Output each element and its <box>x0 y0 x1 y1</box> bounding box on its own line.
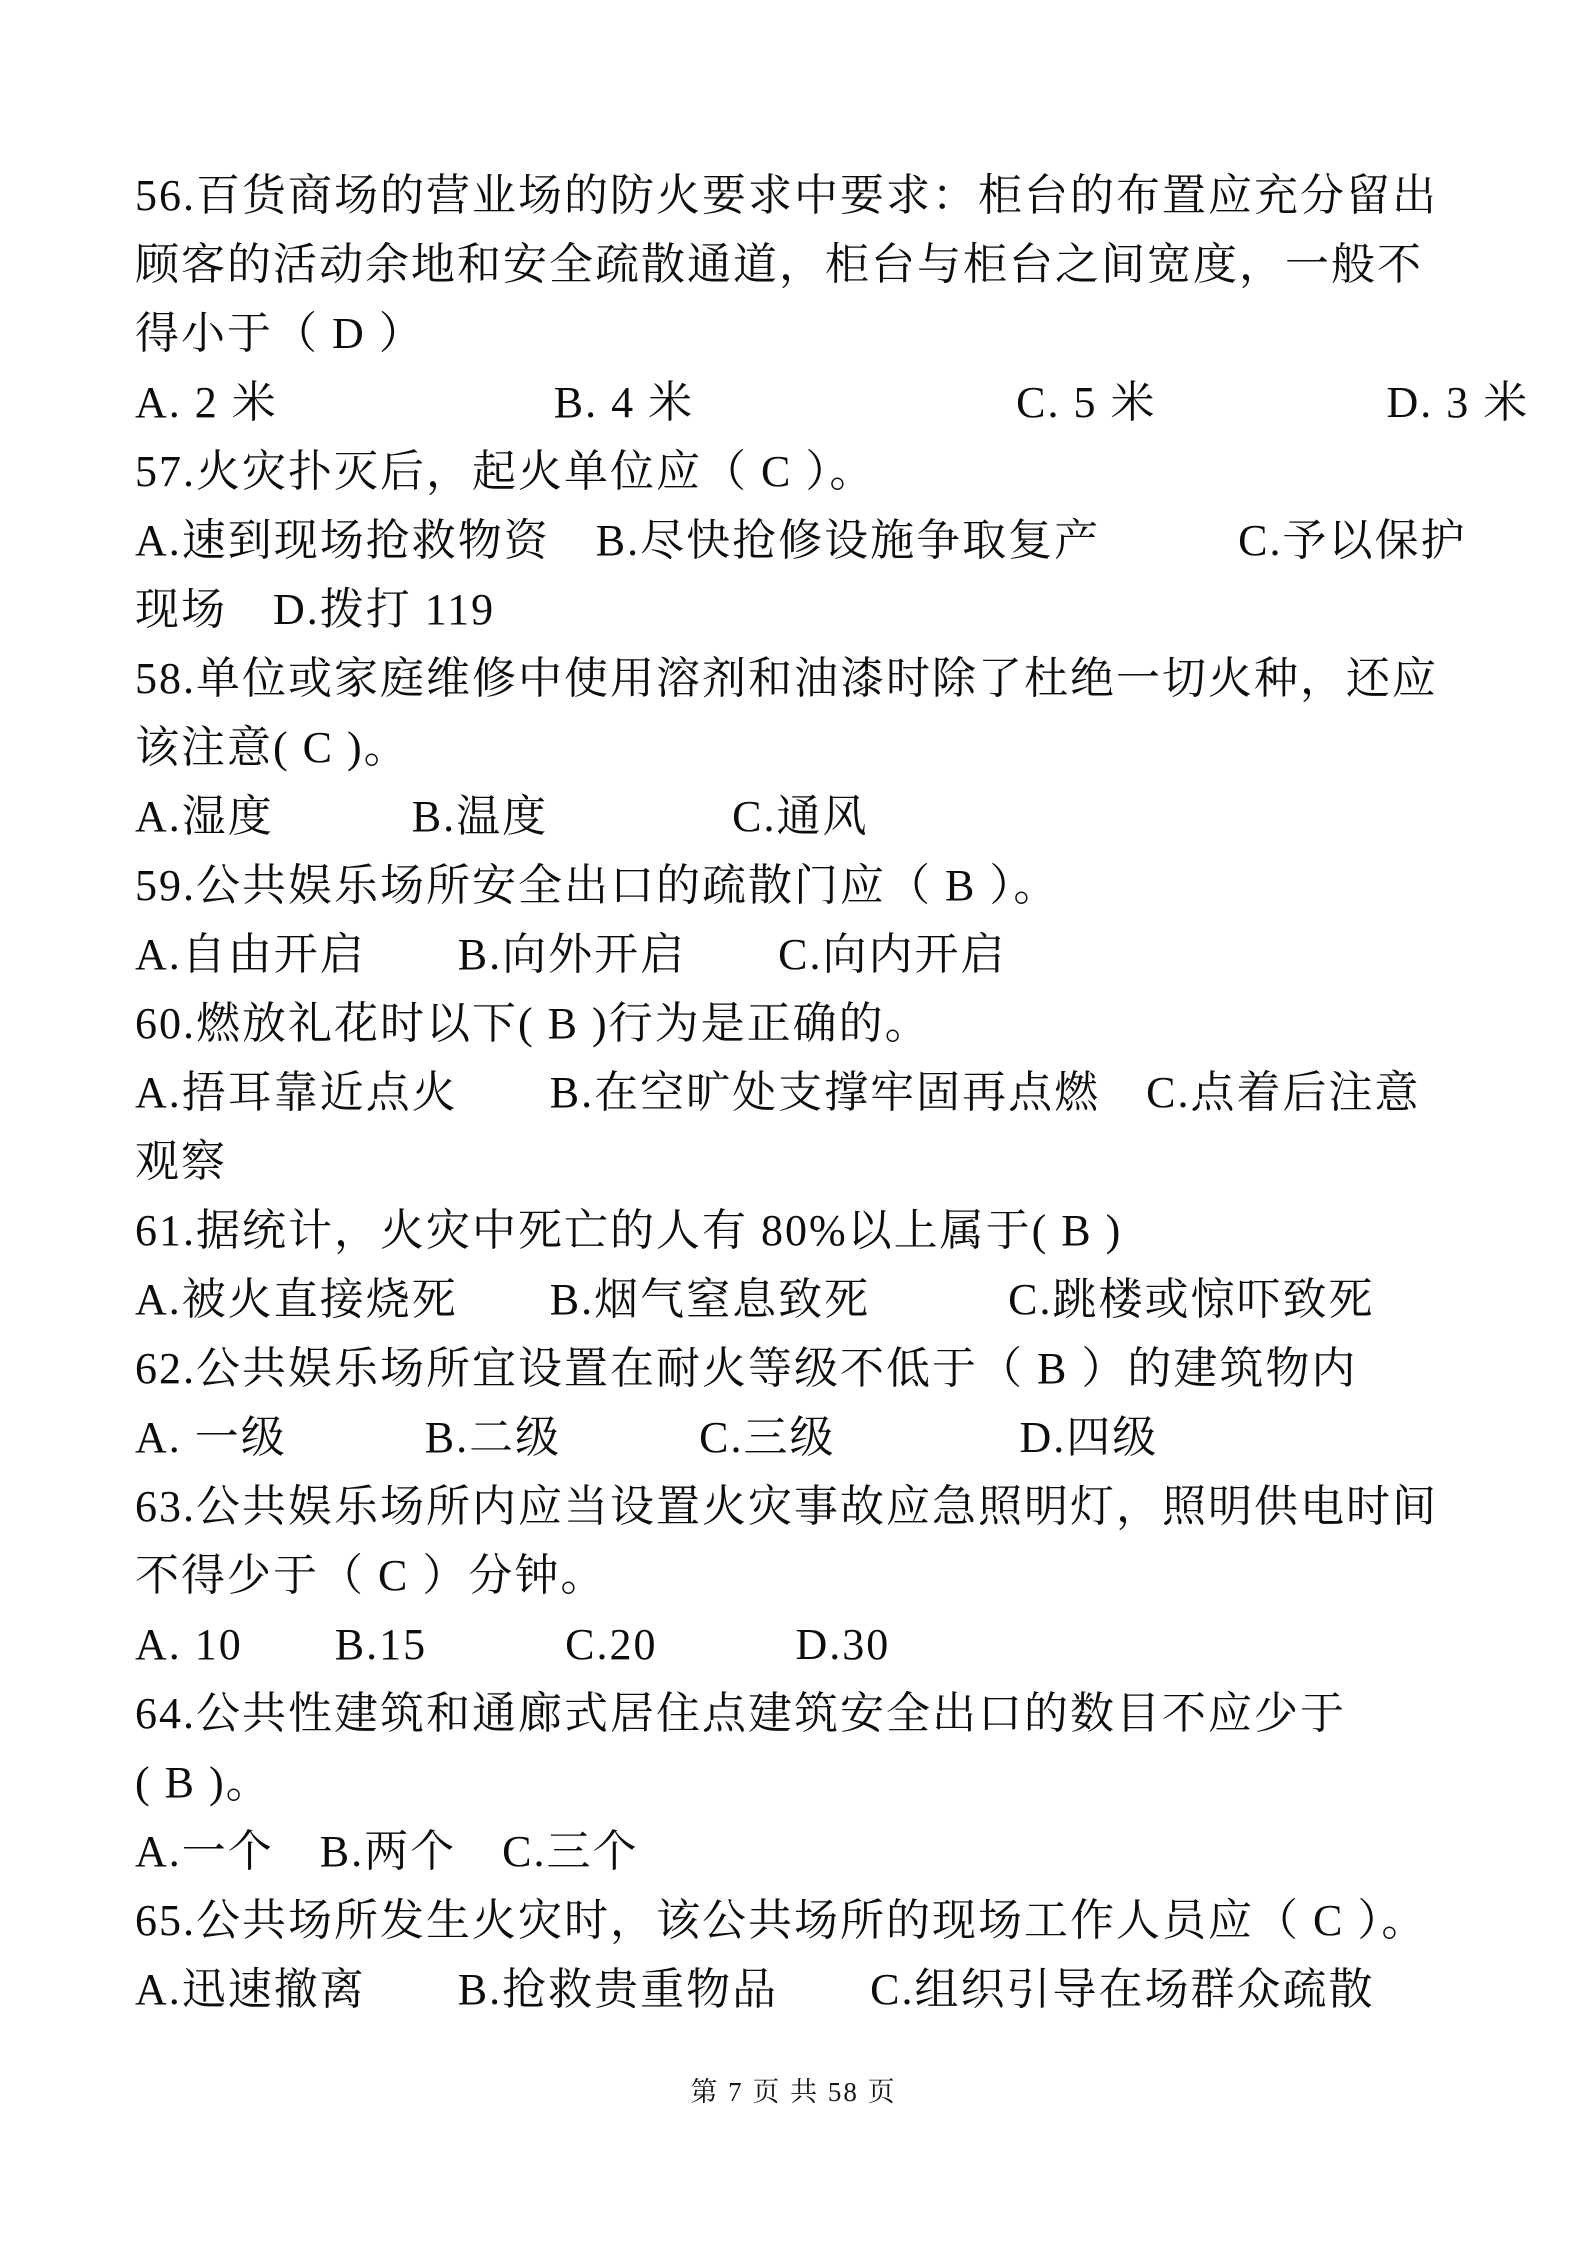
text-line: 该注意( C )。 <box>135 713 1495 782</box>
text-line: 59.公共娱乐场所安全出口的疏散门应（ B ）。 <box>135 851 1495 920</box>
page-footer: 第 7 页 共 58 页 <box>0 2072 1587 2112</box>
text-line: 62.公共娱乐场所宜设置在耐火等级不低于（ B ）的建筑物内 <box>135 1334 1495 1403</box>
text-line: A. 10 B.15 C.20 D.30 <box>135 1610 1495 1679</box>
text-line: A.被火直接烧死 B.烟气窒息致死 C.跳楼或惊吓致死 <box>135 1265 1495 1334</box>
text-line: A.自由开启 B.向外开启 C.向内开启 <box>135 920 1495 989</box>
text-line: A. 2 米 B. 4 米 C. 5 米 D. 3 米 <box>135 368 1495 437</box>
text-line: 不得少于（ C ）分钟。 <box>135 1541 1495 1610</box>
text-line: 63.公共娱乐场所内应当设置火灾事故应急照明灯，照明供电时间 <box>135 1472 1495 1541</box>
text-line: 61.据统计，火灾中死亡的人有 80%以上属于( B ) <box>135 1196 1495 1265</box>
text-line: 65.公共场所发生火灾时，该公共场所的现场工作人员应（ C ）。 <box>135 1886 1495 1955</box>
document-page: 56.百货商场的营业场的防火要求中要求：柜台的布置应充分留出顾客的活动余地和安全… <box>0 0 1587 2245</box>
text-line: 得小于（ D ） <box>135 299 1495 368</box>
text-line: 现场 D.拨打 119 <box>135 575 1495 644</box>
text-line: A.一个 B.两个 C.三个 <box>135 1817 1495 1886</box>
text-line: 57.火灾扑灭后，起火单位应（ C ）。 <box>135 437 1495 506</box>
text-line: A.迅速撤离 B.抢救贵重物品 C.组织引导在场群众疏散 <box>135 1955 1495 2024</box>
text-line: A.捂耳靠近点火 B.在空旷处支撑牢固再点燃 C.点着后注意 <box>135 1058 1495 1127</box>
text-line: 观察 <box>135 1127 1495 1196</box>
text-line: 56.百货商场的营业场的防火要求中要求：柜台的布置应充分留出 <box>135 161 1495 230</box>
text-line: ( B )。 <box>135 1748 1495 1817</box>
text-line: 58.单位或家庭维修中使用溶剂和油漆时除了杜绝一切火种，还应 <box>135 644 1495 713</box>
document-body: 56.百货商场的营业场的防火要求中要求：柜台的布置应充分留出顾客的活动余地和安全… <box>135 161 1495 2024</box>
text-line: A.湿度 B.温度 C.通风 <box>135 782 1495 851</box>
text-line: A. 一级 B.二级 C.三级 D.四级 <box>135 1403 1495 1472</box>
text-line: 60.燃放礼花时以下( B )行为是正确的。 <box>135 989 1495 1058</box>
text-line: 64.公共性建筑和通廊式居住点建筑安全出口的数目不应少于 <box>135 1679 1495 1748</box>
text-line: A.速到现场抢救物资 B.尽快抢修设施争取复产 C.予以保护 <box>135 506 1495 575</box>
text-line: 顾客的活动余地和安全疏散通道，柜台与柜台之间宽度，一般不 <box>135 230 1495 299</box>
